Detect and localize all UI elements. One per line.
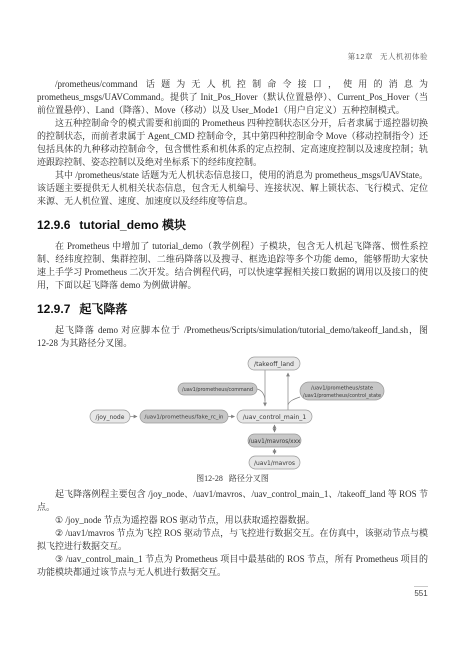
paragraph-ros-nodes-intro: 起飞降落例程主要包含 /joy_node、/uav1/mavros、/uav_c… xyxy=(37,488,428,514)
chapter-title: 无人机初体验 xyxy=(380,52,428,61)
edge-state-connector xyxy=(288,397,300,405)
figure-ros-graph: /takeoff_land /uav1/prometheus/command /… xyxy=(37,356,428,484)
running-head: 第12章无人机初体验 xyxy=(37,52,428,62)
topic-mavros-xxx-label: /uav1/mavros/xxx xyxy=(249,439,302,445)
ros-node-graph: /takeoff_land /uav1/prometheus/command /… xyxy=(37,356,428,472)
section-number: 12.9.7 xyxy=(37,302,70,316)
chapter-number: 第12章 xyxy=(348,52,373,61)
paragraph-takeoff-script: 起飞降落 demo 对应脚本位于 /Prometheus/Scripts/sim… xyxy=(37,324,428,350)
topic-command-label: /uav1/prometheus/command xyxy=(182,387,253,393)
section-title: tutorial_demo 模块 xyxy=(79,218,186,232)
section-heading-tutorial-demo: 12.9.6tutorial_demo 模块 xyxy=(37,218,428,232)
figure-caption: 图12-28路径分叉图 xyxy=(37,474,428,484)
page-number: 551 xyxy=(414,586,428,598)
list-item-mavros: ② /uav1/mavros 节点为飞控 ROS 驱动节点，与飞控进行数据交互。… xyxy=(37,527,428,553)
node-takeoff-land-label: /takeoff_land xyxy=(254,361,294,368)
paragraph-command-topic: /prometheus/command 话题为无人机控制命令接口，使用的消息为 … xyxy=(37,78,428,117)
book-page: 第12章无人机初体验 /prometheus/command 话题为无人机控制命… xyxy=(0,0,463,655)
paragraph-state-topic: 其中 /prometheus/state 话题为无人机状态信息接口，使用的消息为… xyxy=(37,169,428,208)
list-item-joy-node: ① /joy_node 节点为遥控器 ROS 驱动节点，用以获取遥控器数据。 xyxy=(37,514,428,527)
section-title: 起飞降落 xyxy=(79,302,127,316)
edge-command-connector xyxy=(257,389,265,401)
list-item-uav-control-main: ③ /uav_control_main_1 节点为 Prometheus 项目中… xyxy=(37,553,428,579)
section-number: 12.9.6 xyxy=(37,218,70,232)
section-heading-takeoff-land: 12.9.7起飞降落 xyxy=(37,302,428,316)
topic-fake-rc-in-label: /uav1/prometheus/fake_rc_in xyxy=(145,415,224,421)
node-joy-label: /joy_node xyxy=(96,414,125,421)
page-content: 第12章无人机初体验 /prometheus/command 话题为无人机控制命… xyxy=(0,0,463,579)
node-uav-control-main-label: /uav_control_main_1 xyxy=(243,414,307,421)
topic-state-label: /uav1/prometheus/state xyxy=(311,386,374,392)
node-mavros-label: /uav1/mavros xyxy=(254,460,295,467)
paragraph-tutorial-demo: 在 Prometheus 中增加了 tutorial_demo（教学例程）子模块… xyxy=(37,240,428,292)
figure-caption-label: 图12-28 xyxy=(196,474,223,483)
paragraph-control-modes: 这五种控制命令的模式需要和前面的 Prometheus 四种控制状态区分开，后者… xyxy=(37,117,428,169)
topic-control-state-label: /uav1/prometheus/control_state xyxy=(303,393,382,399)
figure-caption-title: 路径分叉图 xyxy=(229,474,269,483)
